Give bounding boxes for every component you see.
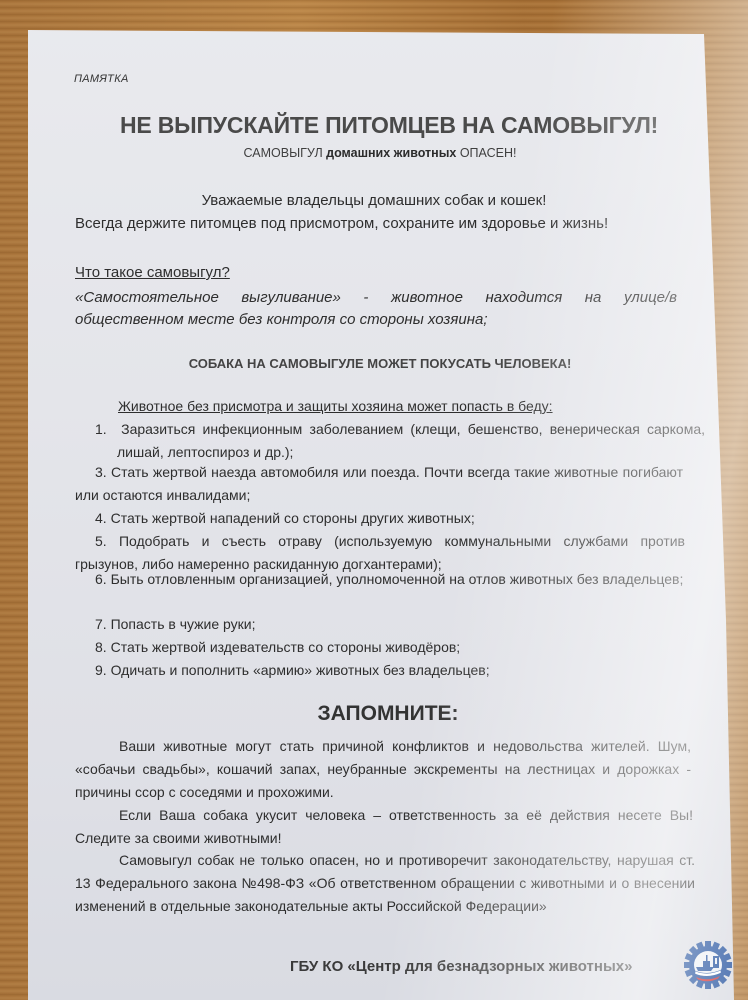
list-item-number: 3. <box>95 464 107 480</box>
list-item: 8. Стать жертвой издевательств со сторон… <box>95 636 460 659</box>
paper-sheet: ПАМЯТКА НЕ ВЫПУСКАЙТЕ ПИТОМЦЕВ НА САМОВЫ… <box>0 0 748 1000</box>
list-item-number: 7. <box>95 616 107 632</box>
subtitle-part-3: ОПАСЕН! <box>456 146 516 160</box>
page-title: НЕ ВЫПУСКАЙТЕ ПИТОМЦЕВ НА САМОВЫГУЛ! <box>120 112 658 139</box>
list-item-number: 6. <box>95 571 107 587</box>
definition-text: «Самостоятельное выгуливание» - животное… <box>75 287 677 331</box>
paragraph-conflicts: Ваши животные могут стать причиной конфл… <box>75 735 691 804</box>
warning-heading: СОБАКА НА САМОВЫГУЛЕ МОЖЕТ ПОКУСАТЬ ЧЕЛО… <box>0 356 748 371</box>
list-item: 6. Быть отловленным организацией, уполно… <box>75 568 687 591</box>
paragraph-law: Самовыгул собак не только опасен, но и п… <box>75 849 695 918</box>
question-heading: Что такое самовыгул? <box>75 264 230 281</box>
list-item-text: Одичать и пополнить «армию» животных без… <box>111 662 490 678</box>
list-item: 4. Стать жертвой нападений со стороны др… <box>95 507 475 530</box>
list-item-text: Стать жертвой наезда автомобиля или поез… <box>75 464 683 503</box>
list-heading: Животное без присмотра и защиты хозяина … <box>118 398 553 414</box>
list-item-number: 1. <box>95 421 107 437</box>
list-item-number: 4. <box>95 510 107 526</box>
list-item: 9. Одичать и пополнить «армию» животных … <box>95 659 490 682</box>
list-item-text: Стать жертвой издевательств со стороны ж… <box>111 639 461 655</box>
subtitle-part-2: домашних животных <box>326 146 456 160</box>
subtitle-part-1: САМОВЫГУЛ <box>244 146 327 160</box>
list-item: 1. Заразиться инфекционным заболеванием … <box>95 418 705 464</box>
greeting-line-2: Всегда держите питомцев под присмотром, … <box>75 215 608 232</box>
list-item-number: 8. <box>95 639 107 655</box>
subtitle: САМОВЫГУЛ домашних животных ОПАСЕН! <box>0 146 748 160</box>
remember-heading: ЗАПОМНИТЕ: <box>0 702 748 726</box>
list-item-text: Стать жертвой нападений со стороны други… <box>111 510 475 526</box>
list-item-text: Заразиться инфекционным заболеванием (кл… <box>117 421 705 460</box>
list-item: 7. Попасть в чужие руки; <box>95 613 256 636</box>
list-item-text: Попасть в чужие руки; <box>111 616 256 632</box>
list-item-number: 9. <box>95 662 107 678</box>
gear-emblem-logo-icon <box>683 940 733 990</box>
memo-label: ПАМЯТКА <box>74 73 129 85</box>
list-item-number: 5. <box>95 533 107 549</box>
list-item-text: Подобрать и съесть отраву (используемую … <box>75 533 685 572</box>
list-item-text: Быть отловленным организацией, уполномоч… <box>111 571 684 587</box>
list-item: 3. Стать жертвой наезда автомобиля или п… <box>75 461 683 507</box>
greeting-line-1: Уважаемые владельцы домашних собак и кош… <box>0 192 748 209</box>
paragraph-responsibility: Если Ваша собака укусит человека – ответ… <box>75 804 693 850</box>
organization-name: ГБУ КО «Центр для безнадзорных животных» <box>290 958 632 975</box>
